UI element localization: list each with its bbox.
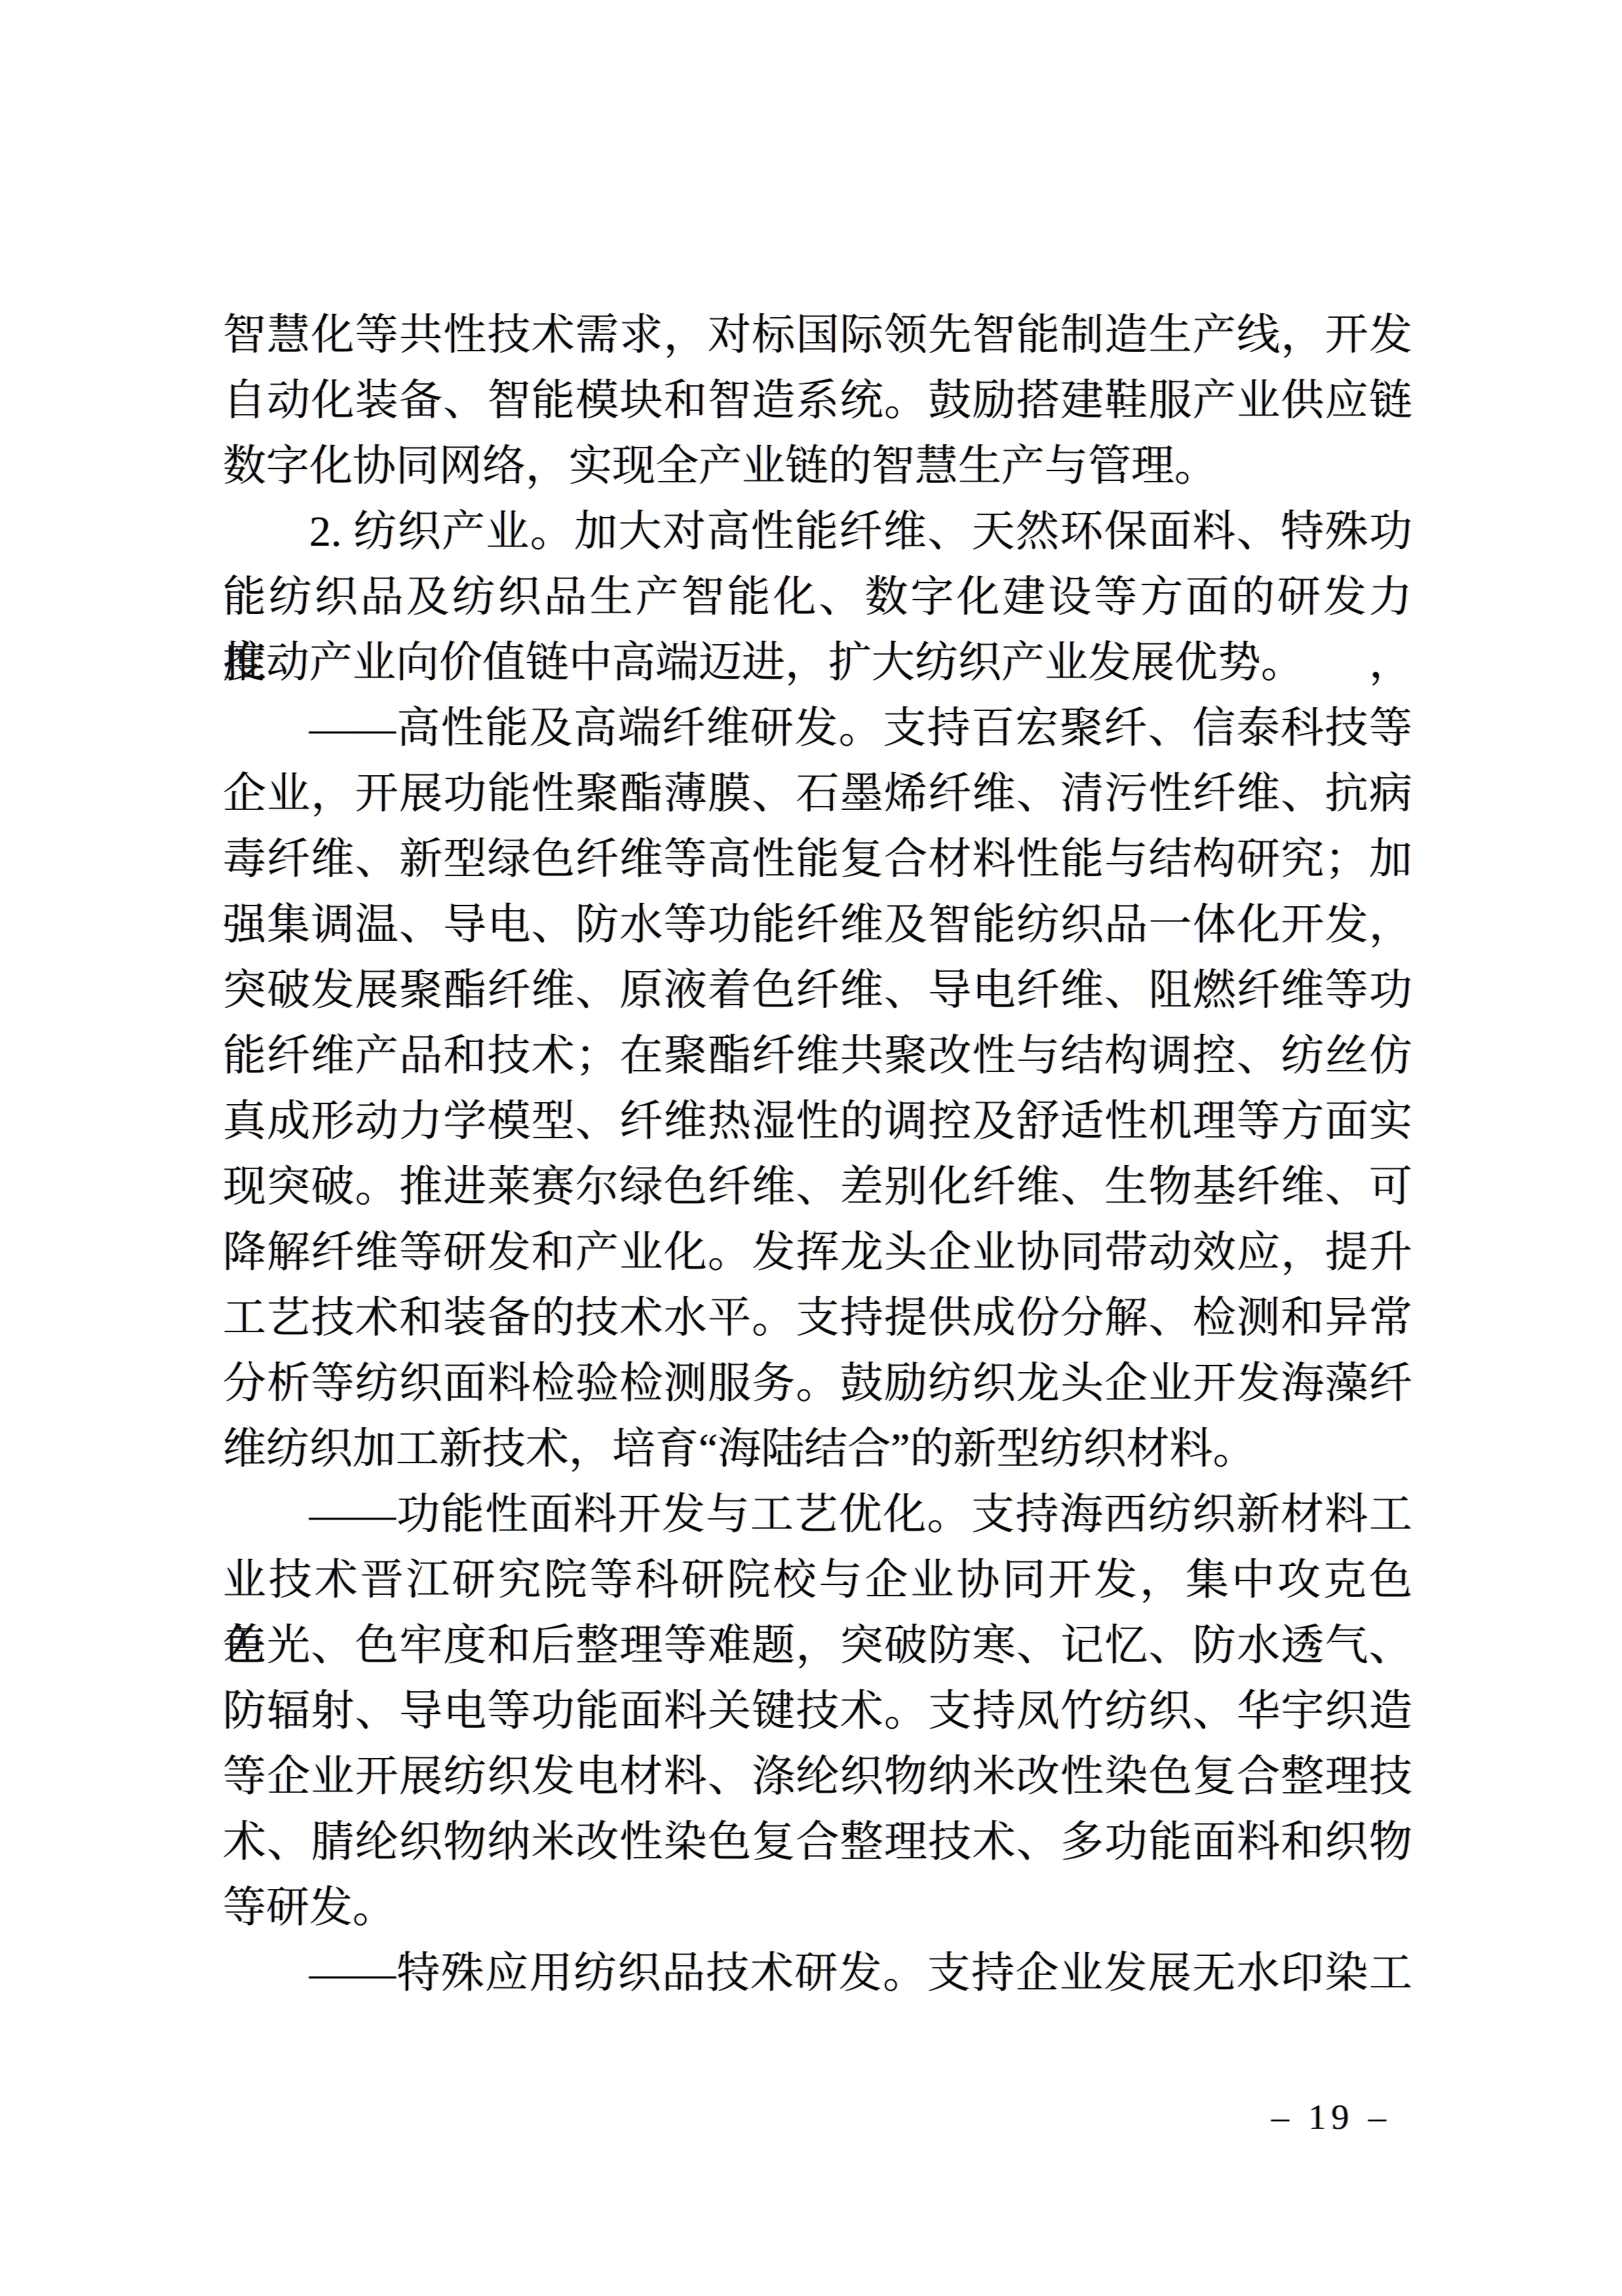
text-line-4: 2. 纺织产业。加大对高性能纤维、天然环保面料、特殊功 (223, 499, 1412, 565)
text-line-6: 推动产业向价值链中高端迈进，扩大纺织产业发展优势。 (223, 630, 1412, 696)
text-line-14: 现突破。推进莱赛尔绿色纤维、差别化纤维、生物基纤维、可 (223, 1155, 1412, 1220)
text-line-23: 等企业开展纺织发电材料、涤纶织物纳米改性染色复合整理技 (223, 1744, 1412, 1810)
text-line-8: 企业，开展功能性聚酯薄膜、石墨烯纤维、清污性纤维、抗病 (223, 761, 1412, 827)
text-line-18: 维纺织加工新技术，培育“海陆结合”的新型纺织材料。 (223, 1417, 1412, 1482)
text-line-1: 智慧化等共性技术需求，对标国际领先智能制造生产线，开发 (223, 303, 1412, 368)
text-line-5: 能纺织品及纺织品生产智能化、数字化建设等方面的研发力度， (223, 565, 1412, 630)
text-line-25: 等研发。 (223, 1875, 1412, 1941)
text-line-13: 真成形动力学模型、纤维热湿性的调控及舒适性机理等方面实 (223, 1089, 1412, 1155)
text-line-21: 色光、色牢度和后整理等难题，突破防寒、记忆、防水透气、 (223, 1613, 1412, 1679)
text-line-7: ——高性能及高端纤维研发。支持百宏聚纤、信泰科技等 (223, 696, 1412, 761)
text-line-22: 防辐射、导电等功能面料关键技术。支持凤竹纺织、华宇织造 (223, 1679, 1412, 1744)
text-line-19: ——功能性面料开发与工艺优化。支持海西纺织新材料工 (223, 1482, 1412, 1548)
text-line-26: ——特殊应用纺织品技术研发。支持企业发展无水印染工 (223, 1941, 1412, 2006)
text-line-24: 术、腈纶织物纳米改性染色复合整理技术、多功能面料和织物 (223, 1810, 1412, 1875)
text-line-15: 降解纤维等研发和产业化。发挥龙头企业协同带动效应，提升 (223, 1220, 1412, 1286)
text-line-20: 业技术晋江研究院等科研院校与企业协同开发，集中攻克色差、 (223, 1548, 1412, 1613)
text-line-3: 数字化协同网络，实现全产业链的智慧生产与管理。 (223, 434, 1412, 499)
text-line-9: 毒纤维、新型绿色纤维等高性能复合材料性能与结构研究；加 (223, 827, 1412, 892)
text-line-17: 分析等纺织面料检验检测服务。鼓励纺织龙头企业开发海藻纤 (223, 1351, 1412, 1417)
text-line-12: 能纤维产品和技术；在聚酯纤维共聚改性与结构调控、纺丝仿 (223, 1024, 1412, 1089)
text-line-11: 突破发展聚酯纤维、原液着色纤维、导电纤维、阻燃纤维等功 (223, 958, 1412, 1024)
text-line-10: 强集调温、导电、防水等功能纤维及智能纺织品一体化开发， (223, 892, 1412, 958)
document-body: 智慧化等共性技术需求，对标国际领先智能制造生产线，开发 自动化装备、智能模块和智… (223, 303, 1412, 2006)
page-number: – 19 – (1271, 2094, 1391, 2140)
text-line-2: 自动化装备、智能模块和智造系统。鼓励搭建鞋服产业供应链 (223, 368, 1412, 434)
text-line-16: 工艺技术和装备的技术水平。支持提供成份分解、检测和异常 (223, 1286, 1412, 1351)
document-page: 智慧化等共性技术需求，对标国际领先智能制造生产线，开发 自动化装备、智能模块和智… (0, 0, 1622, 2296)
